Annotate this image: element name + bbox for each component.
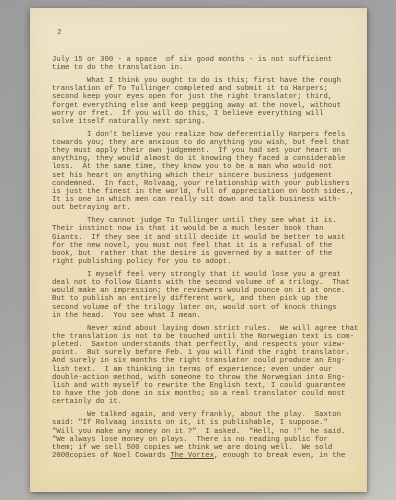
letter-page: 2 July 15 or 300 - a space of six good m…	[30, 8, 367, 492]
letter-paragraph-5: I myself feel very strongly that it woul…	[52, 271, 361, 320]
letter-body: July 15 or 300 - a space of six good mon…	[52, 56, 361, 465]
letter-paragraph-4: They cannot judge To Tullinger until the…	[52, 217, 361, 266]
letter-paragraph-3: I don't believe you realize how deferent…	[52, 131, 361, 213]
letter-paragraph-1: July 15 or 300 - a space of six good mon…	[52, 56, 361, 72]
letter-paragraph-7: We talked again, and very frankly, about…	[52, 411, 361, 460]
page-number: 2	[57, 29, 62, 37]
letter-paragraph-6: Never mind about laying down strict rule…	[52, 325, 361, 407]
paragraph-7-text-after: , enough to break even, in the	[214, 452, 345, 460]
letter-paragraph-2: What I think you ought to do is this; fi…	[52, 77, 361, 126]
underlined-book-title: The Vortex	[170, 452, 214, 460]
